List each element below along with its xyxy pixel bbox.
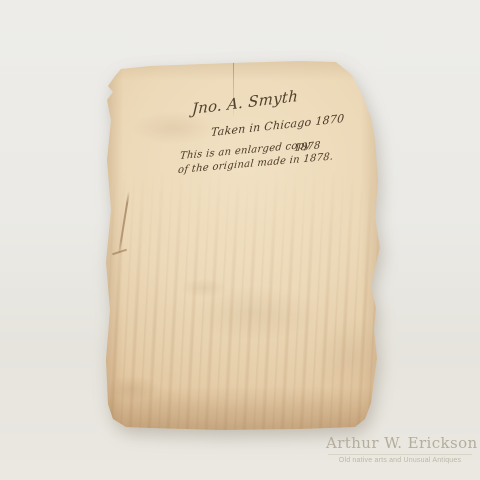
watermark-divider [328,454,472,455]
product-photo: Jno. A. Smyth Taken in Chicago 1870 1878… [0,0,480,480]
aged-paper-card: Jno. A. Smyth Taken in Chicago 1870 1878… [104,58,380,431]
watermark-title: Arthur W. Erickson [326,435,474,451]
paper-shadow-wrap: Jno. A. Smyth Taken in Chicago 1870 1878… [104,58,380,431]
dealer-watermark: Arthur W. Erickson Old native arts and U… [326,435,474,465]
watermark-subtitle: Old native arts and Unusual Antiques [326,457,474,465]
